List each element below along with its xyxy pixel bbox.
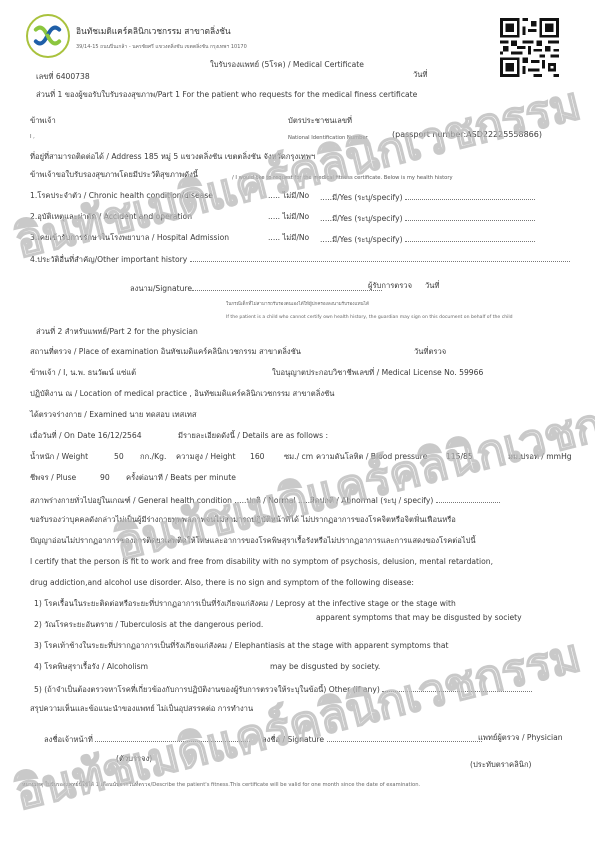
examined-patient: ได้ตรวจร่างกาย / Examined นาย ทดสอบ เทสเ… <box>30 410 197 420</box>
history-item: 3.เคยเข้ารับการรักษาในโรงพยาบาล / Hospit… <box>30 233 229 243</box>
details-label: มีรายละเอียดดังนี้ / Details are as foll… <box>178 431 328 441</box>
weight-unit: กก./Kg. <box>140 452 166 462</box>
exam-place: สถานที่ตรวจ / Place of examination อินทั… <box>30 347 301 357</box>
examinee-label: ผู้รับการตรวจ <box>368 281 412 291</box>
practice-location: ปฏิบัติงาน ณ / Location of medical pract… <box>30 389 334 399</box>
i-label-th: ข้าพเจ้า <box>30 116 56 126</box>
i-label-en: I , <box>30 132 35 142</box>
part2-title: ส่วนที่ 2 สำหรับแพทย์/Part 2 for the phy… <box>36 327 198 337</box>
blood-pressure-unit: มม.ปรอท / mmHg <box>508 452 572 462</box>
history-item: 2.อุบัติเหตุและผ่าตัด / Accident and ope… <box>30 212 192 222</box>
part1-title: ส่วนที่ 1 ของผู้ขอรับใบรับรองสุขภาพ/Part… <box>36 90 417 100</box>
id-label-en: National Identification Number <box>288 133 368 143</box>
physician-label: แพทย์ผู้ตรวจ / Physician <box>478 733 563 743</box>
clinic-name: อินทัชเมดิแคร์คลินิกเวชกรรม สาขาตลิ่งชัน <box>76 26 231 36</box>
weight-label: น้ำหนัก / Weight <box>30 452 88 462</box>
exam-on-date: เมื่อวันที่ / On Date 16/12/2564 <box>30 431 142 441</box>
watermark: อินทัชเมดิแคร์คลินิกเวชกรรม <box>10 630 585 819</box>
disease-item: 3) โรคเท้าช้างในระยะที่ปรากฏอาการเป็นที่… <box>34 641 449 651</box>
officer-signature-field[interactable]: ลงชื่อเจ้าหน้าที่ <box>44 733 250 745</box>
history-item: 1.โรคประจำตัว / Chronic health condition… <box>30 191 213 201</box>
history-yes-option[interactable]: .....มี/Yes (ระบุ/specify) <box>320 233 535 245</box>
id-label-th: บัตรประชาชนเลขที่ <box>288 116 352 126</box>
history-no-option[interactable]: ..... ไม่มี/No <box>268 212 309 222</box>
history-no-option[interactable]: ..... ไม่มี/No <box>268 233 309 243</box>
doctor-summary: สรุปความเห็นและข้อแนะนำของแพทย์ ไม่เป็นอ… <box>30 704 253 714</box>
other-history[interactable]: 4.ประวัติอื่นที่สำคัญ/Other important hi… <box>30 253 570 265</box>
disease-item: 2) วัณโรคระยะอันตราย / Tuberculosis at t… <box>34 620 263 630</box>
request-th: ข้าพเจ้าขอใบรับรองสุขภาพโดยมีประวัติสุขภ… <box>30 170 198 180</box>
patient-signature-field[interactable]: ลงนาม/Signature <box>130 282 382 294</box>
general-health[interactable]: สภาพร่างกายทั่วไปอยู่ในเกณฑ์ / General h… <box>30 494 500 506</box>
request-en: / I would like to request for the medica… <box>232 173 453 183</box>
disease-other[interactable]: 5) (ถ้าจำเป็นต้องตรวจหาโรคที่เกี่ยวข้องก… <box>34 683 532 695</box>
pulse-unit: ครั้งต่อนาที / Beats per minute <box>126 473 236 483</box>
exam-date-label: วันที่ตรวจ <box>414 347 446 357</box>
pulse-value: 90 <box>100 473 110 483</box>
child-note-en: If the patient is a child who cannot cer… <box>226 313 513 323</box>
pulse-label: ชีพจร / Pluse <box>30 473 76 483</box>
document-number: เลขที่ 6400738 <box>36 72 90 82</box>
disease-item-cont: apparent symptoms that may be disgusted … <box>316 613 522 623</box>
blood-pressure-value: 115/85 <box>446 452 473 462</box>
patient-date-label: วันที่ <box>425 281 439 291</box>
history-yes-option[interactable]: .....มี/Yes (ระบุ/specify) <box>320 191 535 203</box>
doctor-name: ข้าพเจ้า / I, น.พ. ธนวัฒน์ แซ่แต้ <box>30 368 136 378</box>
clinic-logo-icon <box>26 14 70 58</box>
certify-en-1: I certify that the person is fit to work… <box>30 557 493 567</box>
height-unit: ซม./ cm <box>284 452 313 462</box>
qr-code-icon <box>500 18 559 77</box>
certify-th-2: ปัญญาอ่อนไม่ปรากฏอาการของการติดยาเสพติดใ… <box>30 536 476 546</box>
address: ที่อยู่ที่สามารถติดต่อได้ / Address 185 … <box>30 152 315 162</box>
header-date-label: วันที่ <box>413 70 427 80</box>
officer-name-paren: (ตัวบรรจง) <box>116 754 152 764</box>
disease-item: 4) โรคพิษสุราเรื้อรัง / Alcoholism <box>34 662 148 672</box>
history-yes-option[interactable]: .....มี/Yes (ระบุ/specify) <box>320 212 535 224</box>
certify-en-2: drug addiction,and alcohol use disorder.… <box>30 578 414 588</box>
height-value: 160 <box>250 452 265 462</box>
blood-pressure-label: ความดันโลหิต / Blood pressure <box>316 452 427 462</box>
clinic-stamp-label: (ประทับตราคลินิก) <box>470 760 532 770</box>
history-no-option[interactable]: ..... ไม่มี/No <box>268 191 309 201</box>
doctor-signature-field[interactable]: ลงชื่อ / Signature <box>262 733 482 745</box>
certify-th-1: ขอรับรองว่าบุคคลดังกล่าวไม่เป็นผู้มีร่าง… <box>30 515 456 525</box>
document-title: ใบรับรองแพทย์ (5โรค) / Medical Certifica… <box>210 60 364 70</box>
clinic-address: 39/14-15 ถนนปิ่นเกล้า - นครชัยศรี แขวงตล… <box>76 42 247 52</box>
passport-number: (passport number:ASD22225558866) <box>392 130 542 140</box>
child-note-th: ในกรณีเด็กที่ไม่สามารถรับรองตนเองได้ให้ผ… <box>226 300 369 310</box>
disease-item: 1) โรคเรื้อนในระยะติดต่อหรือระยะที่ปรากฏ… <box>34 599 456 609</box>
weight-value: 50 <box>114 452 124 462</box>
disease-item-cont: may be disgusted by society. <box>270 662 380 672</box>
footer-note: หมายเหตุ ใบรับรองแพทย์นี้ใช้ได้ 1 เดือนน… <box>22 780 420 790</box>
height-label: ความสูง / Height <box>176 452 235 462</box>
medical-license: ใบอนุญาตประกอบวิชาชีพเลขที่ / Medical Li… <box>272 368 483 378</box>
